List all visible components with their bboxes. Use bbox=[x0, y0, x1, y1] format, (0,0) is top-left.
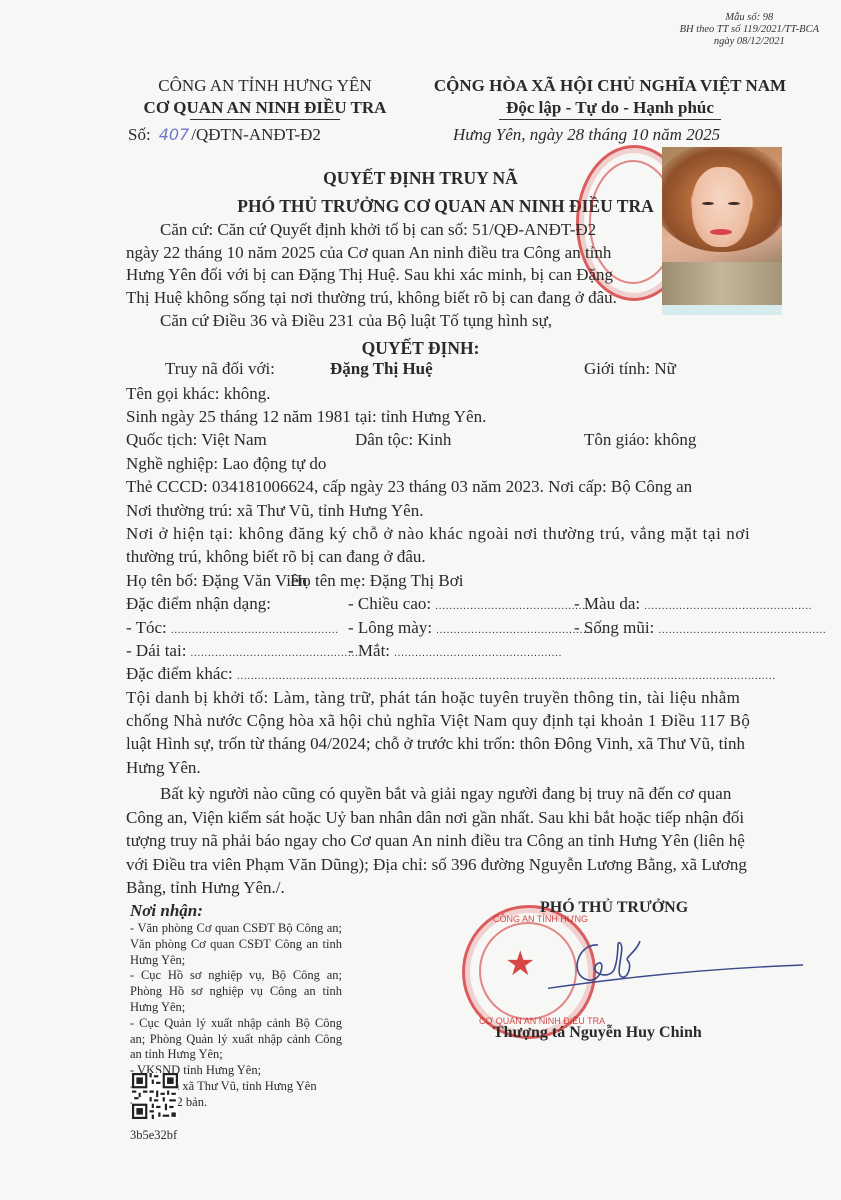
header-underline bbox=[190, 119, 340, 120]
preamble-line: ngày 22 tháng 10 năm 2025 của Cơ quan An… bbox=[126, 242, 611, 265]
father-name: Họ tên bố: Đặng Văn Viên bbox=[126, 571, 307, 591]
permanent-residence: Nơi thường trú: xã Thư Vũ, tỉnh Hưng Yên… bbox=[126, 501, 423, 521]
occupation: Nghề nghiệp: Lao động tự do bbox=[126, 454, 326, 474]
blank-dots: ........................................… bbox=[237, 671, 776, 682]
handwritten-number: 407 bbox=[159, 125, 190, 144]
features-label: Đặc điểm nhận dạng: bbox=[126, 594, 271, 614]
feature-height-label: - Chiều cao: bbox=[348, 594, 431, 613]
instruction-line: Bằng, tỉnh Hưng Yên./. bbox=[126, 878, 285, 898]
motto-underline bbox=[499, 119, 721, 120]
charge-line: luật Hình sự, trốn từ tháng 04/2024; chỗ… bbox=[126, 734, 745, 754]
feature-earlobe: - Dái tai: .............................… bbox=[126, 641, 359, 661]
recipients-title: Nơi nhận: bbox=[130, 901, 203, 921]
form-date-line: ngày 08/12/2021 bbox=[680, 36, 819, 48]
religion: Tôn giáo: không bbox=[584, 430, 696, 450]
national-header: CỘNG HÒA XÃ HỘI CHỦ NGHĨA VIỆT NAM Độc l… bbox=[410, 75, 810, 120]
charge-line: Tội danh bị khởi tố: Làm, tàng trữ, phát… bbox=[126, 688, 740, 708]
suspect-name: Đặng Thị Huệ bbox=[330, 359, 433, 379]
nationality: Quốc tịch: Việt Nam bbox=[126, 430, 267, 450]
mother-name: Họ tên mẹ: Đặng Thị Bơi bbox=[290, 571, 463, 591]
blank-dots: ........................................… bbox=[644, 601, 812, 612]
preamble-line: Thị Huệ không sống tại nơi thường trú, k… bbox=[126, 287, 617, 310]
feature-height: - Chiều cao: ...........................… bbox=[348, 594, 603, 614]
ethnicity: Dân tộc: Kinh bbox=[355, 430, 451, 450]
feature-hair-label: - Tóc: bbox=[126, 618, 167, 637]
preamble-line: Hưng Yên đối với bị can Đặng Thị Huệ. Sa… bbox=[126, 264, 613, 287]
number-label: Số: bbox=[128, 125, 151, 144]
feature-eyebrows-label: - Lông mày: bbox=[348, 618, 432, 637]
instruction-line: Công an, Viện kiểm sát hoặc Uỷ ban nhân … bbox=[126, 808, 744, 828]
form-number: Mẫu số: 98 BH theo TT số 119/2021/TT-BCA… bbox=[680, 12, 819, 48]
wanted-label: Truy nã đối với: bbox=[165, 359, 275, 379]
blank-dots: ........................................… bbox=[659, 625, 827, 636]
recipient-item: - Cục Quản lý xuất nhập cảnh Bộ Công an;… bbox=[130, 1016, 342, 1063]
feature-hair: - Tóc: .................................… bbox=[126, 618, 339, 638]
number-suffix: /QĐTN-ANĐT-Đ2 bbox=[191, 125, 321, 144]
recipient-item: - Văn phòng Cơ quan CSĐT Bộ Công an; Văn… bbox=[130, 921, 342, 968]
feature-skin: - Màu da: ..............................… bbox=[574, 594, 812, 614]
alias: Tên gọi khác: không. bbox=[126, 384, 270, 404]
instruction-line: tượng truy nã phải báo ngay cho Cơ quan … bbox=[126, 831, 745, 851]
legal-basis: Căn cứ Điều 36 và Điều 231 của Bộ luật T… bbox=[160, 310, 552, 333]
instruction-line: với Điều tra viên Phạm Văn Dũng); Địa ch… bbox=[126, 855, 747, 875]
signer-title: PHÓ THỦ TRƯỞNG bbox=[540, 899, 688, 917]
signer-name: Thượng tá Nguyễn Huy Chinh bbox=[493, 1024, 702, 1042]
document-number: Số:407/QĐTN-ANĐT-Đ2 bbox=[128, 125, 321, 145]
qr-code bbox=[132, 1073, 178, 1119]
feature-eyes: - Mắt: .................................… bbox=[348, 641, 562, 661]
feature-other-label: Đặc điểm khác: bbox=[126, 664, 233, 683]
agency-header: CÔNG AN TỈNH HƯNG YÊN CƠ QUAN AN NINH ĐI… bbox=[120, 75, 410, 120]
current-residence-cont: thường trú, không biết rõ bị can đang ở … bbox=[126, 547, 426, 567]
office-name: CƠ QUAN AN NINH ĐIỀU TRA bbox=[120, 97, 410, 119]
gender: Giới tính: Nữ bbox=[584, 359, 676, 379]
feature-eyes-label: - Mắt: bbox=[348, 641, 390, 660]
instruction-line: Bất kỳ người nào cũng có quyền bắt và gi… bbox=[160, 784, 731, 804]
decision-heading: QUYẾT ĐỊNH: bbox=[0, 338, 841, 359]
suspect-portrait-photo bbox=[662, 147, 782, 315]
feature-nose: - Sống mũi: ............................… bbox=[574, 618, 827, 638]
blank-dots: ........................................… bbox=[191, 648, 359, 659]
feature-earlobe-label: - Dái tai: bbox=[126, 641, 186, 660]
feature-eyebrows: - Lông mày: ............................… bbox=[348, 618, 604, 638]
blank-dots: ........................................… bbox=[171, 625, 339, 636]
charge-line: chống Nhà nước Cộng hòa xã hội chủ nghĩa… bbox=[126, 711, 750, 731]
place-date: Hưng Yên, ngày 28 tháng 10 năm 2025 bbox=[453, 125, 720, 145]
country-name: CỘNG HÒA XÃ HỘI CHỦ NGHĨA VIỆT NAM bbox=[410, 75, 810, 97]
national-motto: Độc lập - Tự do - Hạnh phúc bbox=[410, 97, 810, 119]
blank-dots: ........................................… bbox=[394, 648, 562, 659]
form-reference-line: BH theo TT số 119/2021/TT-BCA bbox=[680, 24, 819, 36]
birth-info: Sinh ngày 25 tháng 12 năm 1981 tại: tỉnh… bbox=[126, 407, 486, 427]
star-icon: ★ bbox=[505, 944, 535, 984]
current-residence: Nơi ở hiện tại: không đăng ký chỗ ở nào … bbox=[126, 524, 750, 544]
qr-verification-code: 3b5e32bf bbox=[130, 1128, 177, 1143]
recipient-item: - Cục Hồ sơ nghiệp vụ, Bộ Công an; Phòng… bbox=[130, 968, 342, 1015]
handwritten-signature bbox=[548, 935, 808, 995]
feature-nose-label: - Sống mũi: bbox=[574, 618, 654, 637]
agency-name: CÔNG AN TỈNH HƯNG YÊN bbox=[120, 75, 410, 97]
form-number-line: Mẫu số: 98 bbox=[680, 12, 819, 24]
id-card-info: Thẻ CCCD: 034181006624, cấp ngày 23 thán… bbox=[126, 477, 692, 497]
feature-skin-label: - Màu da: bbox=[574, 594, 640, 613]
charge-line: Hưng Yên. bbox=[126, 758, 201, 778]
preamble-line: Căn cứ: Căn cứ Quyết định khởi tố bị can… bbox=[160, 219, 596, 242]
feature-other: Đặc điểm khác: .........................… bbox=[126, 664, 776, 684]
